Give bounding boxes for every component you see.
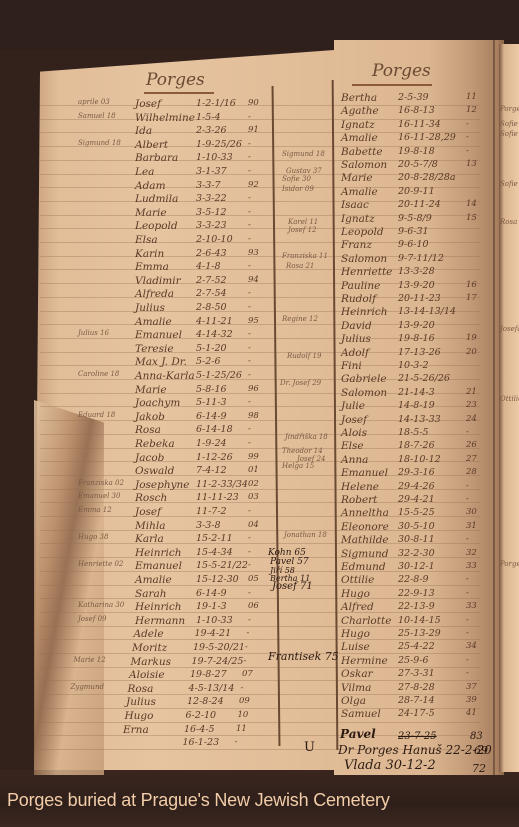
ink-entry-vlada-year: 72 bbox=[472, 762, 486, 775]
right-entry-yr: 13 bbox=[466, 159, 477, 169]
left-entry-date: 19-7-24/25 bbox=[192, 656, 244, 667]
left-entry-note: Josef 09 bbox=[78, 615, 106, 623]
left-entry-date: 5-8-16 bbox=[196, 384, 227, 395]
right-entry-name: Edmund bbox=[341, 561, 386, 573]
right-entry-date: 30-8-11 bbox=[398, 534, 435, 545]
right-entry-yr: - bbox=[466, 427, 469, 437]
ink-entry-hanus-year: 69 bbox=[474, 744, 488, 757]
right-entry-yr: 20 bbox=[466, 347, 477, 357]
left-entry-name: Heinrich bbox=[135, 547, 182, 559]
left-entry-name: Max J. Dr. bbox=[135, 356, 187, 368]
right-entry-date: 22-13-9 bbox=[398, 601, 435, 612]
crossed-entry-name: Pavel bbox=[340, 727, 376, 741]
right-entry-name: Gabriele bbox=[341, 373, 387, 385]
left-entry-name: Josef bbox=[135, 506, 161, 518]
left-entry-date: 3-3-8 bbox=[196, 520, 221, 531]
left-entry-name: Hugo bbox=[125, 710, 154, 722]
right-entry-name: Alfred bbox=[341, 601, 374, 613]
right-entry-date: 29-3-16 bbox=[398, 467, 435, 478]
right-entry-date: 18-7-26 bbox=[398, 440, 435, 451]
left-entry-name: Emanuel bbox=[135, 560, 182, 572]
left-title-underline bbox=[144, 92, 214, 94]
left-entry-yr: 96 bbox=[248, 384, 259, 394]
right-entry-name: Adolf bbox=[341, 347, 369, 359]
right-entry-yr: 37 bbox=[466, 682, 477, 692]
left-entry-note: Zygmund bbox=[71, 683, 104, 691]
right-entry-name: Vilma bbox=[341, 682, 371, 694]
left-entry-date: 2-7-54 bbox=[196, 288, 227, 299]
crossed-entry-date: 23-7-25 bbox=[398, 731, 437, 742]
right-entry-date: 30-12-1 bbox=[398, 561, 435, 572]
right-entry-name: Luise bbox=[341, 641, 370, 653]
crossed-entry-year: 83 bbox=[470, 731, 483, 742]
left-entry-note: aprile 03 bbox=[78, 98, 110, 106]
ruled-line bbox=[40, 639, 480, 640]
middle-note: Helga 15 bbox=[282, 462, 314, 470]
left-entry-yr: 91 bbox=[248, 125, 259, 135]
left-entry-note: Henriette 02 bbox=[78, 560, 123, 568]
right-entry-name: Agathe bbox=[341, 105, 379, 117]
right-entry-date: 30-5-10 bbox=[398, 521, 435, 532]
left-entry-yr: - bbox=[248, 438, 251, 448]
left-entry-date: 5-11-3 bbox=[196, 397, 227, 408]
left-entry-date: 4-1-8 bbox=[196, 261, 221, 272]
left-entry-name: Amalie bbox=[135, 316, 172, 328]
left-entry-yr: 93 bbox=[248, 248, 259, 258]
right-entry-name: Ignatz bbox=[341, 119, 375, 131]
right-entry-yr: - bbox=[466, 588, 469, 598]
left-entry-date: 2-7-52 bbox=[196, 275, 227, 286]
right-entry-yr: 34 bbox=[466, 641, 477, 651]
right-entry-yr: 32 bbox=[466, 548, 477, 558]
right-entry-date: 16-8-13 bbox=[398, 105, 435, 116]
middle-note: Rosa 21 bbox=[286, 262, 314, 270]
left-entry-note: Marie 12 bbox=[74, 656, 106, 664]
left-entry-date: 2-8-50 bbox=[196, 302, 227, 313]
right-entry-yr: - bbox=[466, 494, 469, 504]
left-entry-yr: - bbox=[248, 152, 251, 162]
left-entry-yr: - bbox=[248, 560, 251, 570]
right-entry-yr: 21 bbox=[466, 387, 477, 397]
left-entry-date: 15-12-30 bbox=[196, 574, 239, 585]
far-right-margin-note: Porges bbox=[500, 560, 519, 568]
left-entry-date: 3-1-37 bbox=[196, 166, 227, 177]
far-right-margin-note: Sofie bbox=[500, 180, 518, 188]
left-entry-name: Markus bbox=[131, 656, 172, 668]
right-entry-date: 21-14-3 bbox=[398, 387, 435, 398]
left-entry-date: 2-3-26 bbox=[196, 125, 227, 136]
right-entry-name: Julius bbox=[341, 333, 371, 345]
right-entry-yr: 19 bbox=[466, 333, 477, 343]
left-entry-date: 1-9-25/26 bbox=[196, 139, 242, 150]
right-entry-date: 19-8-18 bbox=[398, 146, 435, 157]
page-gutter bbox=[493, 40, 495, 775]
left-entry-yr: 98 bbox=[248, 411, 259, 421]
right-entry-name: Alois bbox=[341, 427, 367, 439]
left-entry-date: 5-1-20 bbox=[196, 343, 227, 354]
left-entry-date: 3-3-7 bbox=[196, 180, 221, 191]
right-entry-date: 25-9-6 bbox=[398, 655, 429, 666]
left-entry-yr: - bbox=[248, 234, 251, 244]
left-entry-name: Lea bbox=[135, 166, 154, 178]
left-entry-yr: 94 bbox=[248, 275, 259, 285]
right-entry-name: Olga bbox=[341, 695, 366, 707]
left-entry-note: Franziska 02 bbox=[78, 479, 124, 487]
right-entry-name: Rudolf bbox=[341, 293, 376, 305]
left-entry-yr: 99 bbox=[248, 452, 259, 462]
left-entry-yr: - bbox=[248, 166, 251, 176]
left-entry-name: Sarah bbox=[135, 588, 167, 600]
right-entry-date: 24-17-5 bbox=[398, 708, 435, 719]
ink-annotation-frantisek: Frantisek 75 bbox=[268, 650, 339, 663]
middle-note: Isidor 09 bbox=[282, 185, 314, 193]
left-entry-name: Hermann bbox=[135, 615, 185, 627]
ruled-line bbox=[40, 722, 480, 723]
next-page-edge bbox=[499, 44, 519, 772]
ink-annotation-josef: Josef 71 bbox=[272, 581, 313, 592]
right-entry-date: 10-14-15 bbox=[398, 615, 441, 626]
ink-entry-vlada: Vlada 30-12-2 bbox=[344, 758, 436, 773]
right-entry-date: 9-6-10 bbox=[398, 239, 429, 250]
left-entry-date: 3-5-12 bbox=[196, 207, 227, 218]
left-entry-date: 19-5-20/21 bbox=[193, 642, 245, 653]
middle-note: Sofie 30 bbox=[282, 175, 311, 183]
left-entry-yr: - bbox=[248, 302, 251, 312]
right-entry-name: Salomon bbox=[341, 387, 387, 399]
left-entry-name: Amalie bbox=[135, 574, 172, 586]
right-entry-date: 9-5-8/9 bbox=[398, 213, 432, 224]
left-entry-note: Sigmund 18 bbox=[78, 139, 121, 147]
left-entry-date: 11-7-2 bbox=[196, 506, 227, 517]
left-entry-name: Albert bbox=[135, 139, 168, 151]
left-entry-yr: - bbox=[248, 424, 251, 434]
right-entry-name: Salomon bbox=[341, 159, 387, 171]
middle-note: Josef 12 bbox=[288, 226, 316, 234]
left-entry-yr: - bbox=[248, 506, 251, 516]
left-entry-name: Heinrich bbox=[135, 601, 182, 613]
left-entry-yr: 06 bbox=[248, 601, 259, 611]
left-entry-name: Julius bbox=[135, 302, 165, 314]
left-entry-yr: 07 bbox=[242, 669, 253, 679]
left-entry-yr: - bbox=[248, 533, 251, 543]
left-entry-date: 19-1-3 bbox=[196, 601, 227, 612]
right-entry-name: Julie bbox=[341, 400, 365, 412]
right-entry-name: Leopold bbox=[341, 226, 384, 238]
right-entry-name: Eleonore bbox=[341, 521, 389, 533]
image-caption: Porges buried at Prague's New Jewish Cem… bbox=[7, 790, 390, 811]
left-entry-yr: - bbox=[248, 329, 251, 339]
ruled-line bbox=[40, 626, 480, 627]
right-entry-date: 20-9-11 bbox=[398, 186, 435, 197]
left-entry-date: 1-9-24 bbox=[196, 438, 227, 449]
right-entry-yr: - bbox=[466, 534, 469, 544]
right-entry-date: 20-5-7/8 bbox=[398, 159, 438, 170]
far-right-margin-note: Ottilie bbox=[500, 395, 519, 403]
middle-note: U bbox=[304, 740, 315, 755]
left-entry-yr: 10 bbox=[238, 710, 249, 720]
right-entry-name: Salomon bbox=[341, 253, 387, 265]
right-entry-date: 20-8-28/28a bbox=[398, 172, 456, 183]
left-entry-date: 15-2-11 bbox=[196, 533, 233, 544]
left-entry-yr: 02 bbox=[248, 479, 259, 489]
left-entry-name: Rosa bbox=[135, 424, 161, 436]
right-entry-date: 18-5-5 bbox=[398, 427, 429, 438]
middle-note: Regine 12 bbox=[282, 315, 318, 323]
left-entry-date: 2-10-10 bbox=[196, 234, 233, 245]
right-title-underline bbox=[352, 84, 432, 86]
left-entry-date: 1-12-26 bbox=[196, 452, 233, 463]
left-entry-note: Emanuel 30 bbox=[78, 492, 120, 500]
left-entry-yr: - bbox=[248, 193, 251, 203]
left-entry-date: 4-14-32 bbox=[196, 329, 233, 340]
left-entry-date: 19-4-21 bbox=[195, 628, 232, 639]
right-entry-yr: 15 bbox=[466, 213, 477, 223]
right-entry-name: Robert bbox=[341, 494, 377, 506]
left-entry-name: Joachym bbox=[135, 397, 180, 409]
left-entry-yr: - bbox=[248, 139, 251, 149]
right-entry-name: Isaac bbox=[341, 199, 369, 211]
right-entry-yr: - bbox=[466, 119, 469, 129]
left-entry-yr: 90 bbox=[248, 98, 259, 108]
left-entry-name: Ludmila bbox=[135, 193, 178, 205]
left-entry-note: Katharina 30 bbox=[78, 601, 124, 609]
right-entry-date: 22-9-13 bbox=[398, 588, 435, 599]
right-entry-date: 14-13-33 bbox=[398, 414, 441, 425]
left-entry-name: Teresie bbox=[135, 343, 174, 355]
right-entry-name: Marie bbox=[341, 172, 373, 184]
right-entry-date: 20-11-23 bbox=[398, 293, 441, 304]
right-entry-yr: 27 bbox=[466, 454, 477, 464]
left-entry-date: 5-1-25/26 bbox=[196, 370, 242, 381]
middle-note: Rudolf 19 bbox=[287, 352, 321, 360]
left-entry-date: 6-14-9 bbox=[196, 588, 227, 599]
left-entry-name: Karin bbox=[135, 248, 164, 260]
left-entry-yr: - bbox=[248, 370, 251, 380]
left-entry-name: Rebeka bbox=[135, 438, 175, 450]
right-entry-yr: 14 bbox=[466, 199, 477, 209]
left-entry-name: Josef bbox=[135, 98, 161, 110]
right-entry-name: Oskar bbox=[341, 668, 373, 680]
left-entry-note: Emma 12 bbox=[78, 506, 112, 514]
right-entry-date: 13-14-13/14 bbox=[398, 306, 456, 317]
left-entry-yr: 11 bbox=[236, 724, 247, 734]
left-entry-name: Marie bbox=[135, 207, 167, 219]
left-entry-name: Marie bbox=[135, 384, 167, 396]
left-entry-note: Caroline 18 bbox=[78, 370, 119, 378]
right-entry-name: Amalie bbox=[341, 132, 378, 144]
left-entry-date: 16-1-23 bbox=[183, 737, 220, 748]
right-entry-name: Hugo bbox=[341, 628, 370, 640]
middle-note: Jonathan 18 bbox=[284, 531, 327, 539]
right-entry-yr: 17 bbox=[466, 293, 477, 303]
left-entry-name: Oswald bbox=[135, 465, 174, 477]
right-entry-date: 9-7-11/12 bbox=[398, 253, 444, 264]
right-entry-yr: - bbox=[466, 146, 469, 156]
right-entry-yr: 41 bbox=[466, 708, 477, 718]
right-entry-name: Ottilie bbox=[341, 574, 374, 586]
right-entry-yr: 16 bbox=[466, 280, 477, 290]
left-entry-yr: 09 bbox=[239, 696, 250, 706]
left-entry-date: 12-8-24 bbox=[187, 696, 224, 707]
right-entry-name: Sigmund bbox=[341, 548, 388, 560]
right-entry-name: Bertha bbox=[341, 92, 377, 104]
right-entry-date: 2-5-39 bbox=[398, 92, 429, 103]
left-entry-name: Anna-Karla bbox=[135, 370, 195, 382]
right-entry-date: 13-9-20 bbox=[398, 320, 435, 331]
left-entry-yr: - bbox=[248, 207, 251, 217]
left-entry-name: Aloisie bbox=[129, 669, 165, 681]
left-entry-name: Emanuel bbox=[135, 329, 182, 341]
left-entry-yr: - bbox=[248, 397, 251, 407]
right-entry-name: Hugo bbox=[341, 588, 370, 600]
left-entry-yr: 05 bbox=[248, 574, 259, 584]
far-right-margin-note: Josefa bbox=[500, 325, 519, 333]
left-entry-name: Emma bbox=[135, 261, 169, 273]
left-entry-yr: 92 bbox=[248, 180, 259, 190]
right-entry-name: Mathilde bbox=[341, 534, 389, 546]
right-entry-date: 13-3-28 bbox=[398, 266, 435, 277]
right-entry-name: Hermine bbox=[341, 655, 388, 667]
right-entry-date: 9-6-31 bbox=[398, 226, 429, 237]
right-entry-name: David bbox=[341, 320, 372, 332]
right-entry-name: Amalie bbox=[341, 186, 378, 198]
left-entry-yr: - bbox=[248, 588, 251, 598]
right-entry-yr: 26 bbox=[466, 440, 477, 450]
right-entry-name: Pauline bbox=[341, 280, 380, 292]
right-entry-name: Samuel bbox=[341, 708, 381, 720]
left-entry-yr: - bbox=[248, 288, 251, 298]
right-entry-date: 10-3-2 bbox=[398, 360, 429, 371]
right-entry-date: 16-11-34 bbox=[398, 119, 441, 130]
left-entry-name: Moritz bbox=[132, 642, 167, 654]
right-entry-date: 20-11-24 bbox=[398, 199, 441, 210]
left-page-title: Porges bbox=[146, 70, 205, 90]
left-entry-yr: - bbox=[248, 261, 251, 271]
left-entry-date: 5-2-6 bbox=[196, 356, 221, 367]
left-entry-date: 3-3-22 bbox=[196, 193, 227, 204]
left-entry-date: 15-4-34 bbox=[196, 547, 233, 558]
left-entry-yr: - bbox=[241, 683, 244, 693]
left-entry-yr: - bbox=[247, 628, 250, 638]
right-entry-yr: - bbox=[466, 132, 469, 142]
left-entry-date: 7-4-12 bbox=[196, 465, 227, 476]
right-entry-yr: 33 bbox=[466, 601, 477, 611]
right-entry-name: Heinrich bbox=[341, 306, 388, 318]
right-entry-name: Babette bbox=[341, 146, 383, 158]
left-entry-date: 3-3-23 bbox=[196, 220, 227, 231]
left-entry-name: Wilhelmine bbox=[135, 112, 195, 124]
right-entry-name: Emanuel bbox=[341, 467, 388, 479]
right-entry-date: 21-5-26/26 bbox=[398, 373, 450, 384]
left-entry-date: 16-4-5 bbox=[184, 724, 215, 735]
left-entry-name: Rosa bbox=[128, 683, 154, 695]
right-entry-date: 27-3-31 bbox=[398, 668, 435, 679]
left-entry-date: 19-8-27 bbox=[190, 669, 227, 680]
left-entry-date: 1-10-33 bbox=[196, 152, 233, 163]
left-entry-name: Alfreda bbox=[135, 288, 174, 300]
left-entry-yr: 03 bbox=[248, 492, 259, 502]
left-entry-date: 1-10-33 bbox=[196, 615, 233, 626]
left-entry-date: 6-2-10 bbox=[186, 710, 217, 721]
right-entry-yr: 11 bbox=[466, 92, 477, 102]
left-entry-yr: - bbox=[248, 343, 251, 353]
left-entry-date: 11-11-23 bbox=[196, 492, 239, 503]
left-entry-yr: - bbox=[248, 112, 251, 122]
left-entry-date: 1-5-4 bbox=[196, 112, 221, 123]
right-entry-yr: 23 bbox=[466, 400, 477, 410]
left-entry-name: Rosch bbox=[135, 492, 167, 504]
left-entry-name: Mihla bbox=[135, 520, 166, 532]
right-entry-yr: 28 bbox=[466, 467, 477, 477]
spine-fold bbox=[34, 400, 104, 775]
right-entry-date: 18-10-12 bbox=[398, 454, 441, 465]
left-entry-yr: - bbox=[244, 656, 247, 666]
left-entry-yr: - bbox=[235, 737, 238, 747]
right-entry-yr: - bbox=[466, 574, 469, 584]
ink-entry-hanus: Dr Porges Hanuš 22-2-20 bbox=[338, 743, 492, 757]
left-entry-name: Jacob bbox=[135, 452, 164, 464]
right-entry-date: 13-9-20 bbox=[398, 280, 435, 291]
middle-note: Franziska 11 bbox=[282, 252, 328, 260]
right-page-title: Porges bbox=[372, 61, 431, 81]
right-entry-date: 22-8-9 bbox=[398, 574, 429, 585]
left-entry-yr: - bbox=[248, 547, 251, 557]
left-entry-date: 15-5-21/22 bbox=[196, 560, 248, 571]
far-right-margin-note: Rosa bbox=[500, 218, 517, 226]
left-entry-name: Erna bbox=[123, 724, 149, 736]
right-entry-yr: - bbox=[466, 628, 469, 638]
right-entry-name: Anna bbox=[341, 454, 368, 466]
right-entry-yr: 30 bbox=[466, 507, 477, 517]
right-entry-yr: - bbox=[466, 615, 469, 625]
left-entry-name: Ida bbox=[135, 125, 152, 137]
right-entry-date: 32-2-30 bbox=[398, 548, 435, 559]
right-entry-date: 14-8-19 bbox=[398, 400, 435, 411]
left-entry-date: 4-11-21 bbox=[196, 316, 233, 327]
left-entry-date: 2-6-43 bbox=[196, 248, 227, 259]
left-entry-yr: - bbox=[248, 220, 251, 230]
left-entry-yr: - bbox=[248, 356, 251, 366]
left-entry-name: Josephyne bbox=[135, 479, 190, 491]
far-right-margin-note: Sofie bbox=[500, 130, 518, 138]
left-entry-name: Adam bbox=[135, 180, 166, 192]
right-entry-date: 25-4-22 bbox=[398, 641, 435, 652]
left-entry-name: Adele bbox=[134, 628, 164, 640]
right-entry-date: 19-8-16 bbox=[398, 333, 435, 344]
right-entry-yr: 31 bbox=[466, 521, 477, 531]
right-entry-name: Henriette bbox=[341, 266, 392, 278]
left-entry-note: Julius 16 bbox=[78, 329, 109, 337]
right-entry-date: 16-11-28,29 bbox=[398, 132, 456, 143]
left-entry-name: Julius bbox=[126, 696, 156, 708]
right-entry-date: 29-4-21 bbox=[398, 494, 435, 505]
right-entry-name: Franz bbox=[341, 239, 372, 251]
middle-note: Gustav 37 bbox=[286, 167, 322, 175]
left-entry-note: Samuel 18 bbox=[78, 112, 116, 120]
middle-note: Dr. Josef 29 bbox=[280, 379, 321, 387]
right-entry-date: 17-13-26 bbox=[398, 347, 441, 358]
middle-note: Theodor 14 bbox=[282, 447, 323, 455]
left-entry-name: Leopold bbox=[135, 220, 178, 232]
right-entry-name: Charlotte bbox=[341, 615, 391, 627]
far-right-margin-note: Porges bbox=[500, 105, 519, 113]
right-entry-date: 28-7-14 bbox=[398, 695, 435, 706]
left-entry-name: Elsa bbox=[135, 234, 158, 246]
left-entry-date: 11-2-33/34 bbox=[196, 479, 248, 490]
right-entry-name: Helene bbox=[341, 481, 379, 493]
right-entry-name: Anneltha bbox=[341, 507, 389, 519]
left-entry-yr: - bbox=[245, 642, 248, 652]
